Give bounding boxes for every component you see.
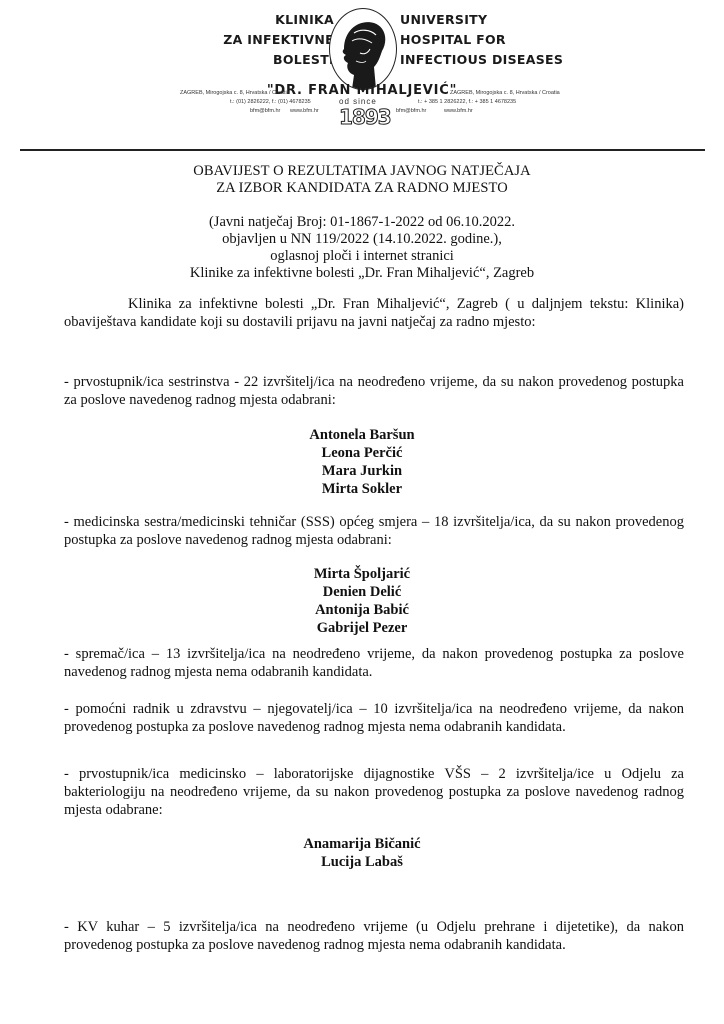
letterhead-right-line: INFECTIOUS DISEASES (400, 50, 563, 70)
candidate-name: Denien Delić (0, 583, 724, 601)
candidate-name: Mirta Sokler (0, 480, 724, 498)
letterhead-right-line: UNIVERSITY (400, 10, 563, 30)
letterhead-left-line: ZA INFEKTIVNE (223, 30, 334, 50)
intro-paragraph: Klinika za infektivne bolesti „Dr. Fran … (64, 295, 684, 331)
subtitle-line: Klinike za infektivne bolesti „Dr. Fran … (0, 265, 724, 282)
position-paragraph: - prvostupnik/ica sestrinstva - 22 izvrš… (64, 373, 684, 409)
right-address: ZAGREB, Mirogojska c. 8, Hrvatska / Croa… (450, 89, 560, 98)
position-paragraph: - spremač/ica – 13 izvršitelja/ica na ne… (64, 645, 684, 681)
candidate-name: Anamarija Bičanić (0, 835, 724, 853)
document-subtitle: (Javni natječaj Broj: 01-1867-1-2022 od … (0, 214, 724, 282)
position-paragraph: - pomoćni radnik u zdravstvu – njegovate… (64, 700, 684, 736)
title-line: OBAVIJEST O REZULTATIMA JAVNOG NATJEČAJA (0, 163, 724, 180)
subtitle-line: objavljen u NN 119/2022 (14.10.2022. god… (0, 231, 724, 248)
header-separator (20, 149, 705, 151)
position-paragraph: - medicinska sestra/medicinski tehničar … (64, 513, 684, 549)
candidate-name: Lucija Labaš (0, 853, 724, 871)
left-address: ZAGREB, Mirogojska c. 8, Hrvatska / Croa… (180, 89, 290, 98)
candidate-name: Gabrijel Pezer (0, 619, 724, 637)
founding-year: 1893 (339, 105, 391, 129)
subtitle-line: (Javni natječaj Broj: 01-1867-1-2022 od … (0, 214, 724, 231)
title-line: ZA IZBOR KANDIDATA ZA RADNO MJESTO (0, 180, 724, 197)
right-web: www.bfm.hr (444, 107, 473, 116)
letterhead-croatian-name: KLINIKA ZA INFEKTIVNE BOLESTI (223, 10, 334, 70)
candidate-name: Mara Jurkin (0, 462, 724, 480)
position-paragraph: - prvostupnik/ica medicinsko – laborator… (64, 765, 684, 819)
letterhead-right-line: HOSPITAL FOR (400, 30, 563, 50)
letterhead-left-line: KLINIKA (223, 10, 334, 30)
left-phone: t.: (01) 2826222, f.: (01) 4678235 (230, 98, 311, 107)
candidate-name: Antonela Baršun (0, 426, 724, 444)
subtitle-line: oglasnoj ploči i internet stranici (0, 248, 724, 265)
candidate-name: Antonija Babić (0, 601, 724, 619)
selected-candidates-list: Antonela Baršun Leona Perčić Mara Jurkin… (0, 426, 724, 498)
letterhead-left-line: BOLESTI (223, 50, 334, 70)
left-email: bfm@bfm.hr (250, 107, 280, 116)
candidate-name: Leona Perčić (0, 444, 724, 462)
selected-candidates-list: Anamarija Bičanić Lucija Labaš (0, 835, 724, 871)
document-title: OBAVIJEST O REZULTATIMA JAVNOG NATJEČAJA… (0, 163, 724, 197)
letterhead-english-name: UNIVERSITY HOSPITAL FOR INFECTIOUS DISEA… (400, 10, 563, 70)
right-phone: t.: + 385 1 2826222, f.: + 385 1 4678235 (418, 98, 516, 107)
position-paragraph: - KV kuhar – 5 izvršitelja/ica na neodre… (64, 918, 684, 954)
right-email: bfm@bfm.hr (396, 107, 426, 116)
selected-candidates-list: Mirta Špoljarić Denien Delić Antonija Ba… (0, 565, 724, 637)
institution-name: "DR. FRAN MIHALJEVIĆ" (0, 83, 724, 98)
portrait-logo-icon (329, 8, 397, 90)
left-web: www.bfm.hr (290, 107, 319, 116)
candidate-name: Mirta Špoljarić (0, 565, 724, 583)
